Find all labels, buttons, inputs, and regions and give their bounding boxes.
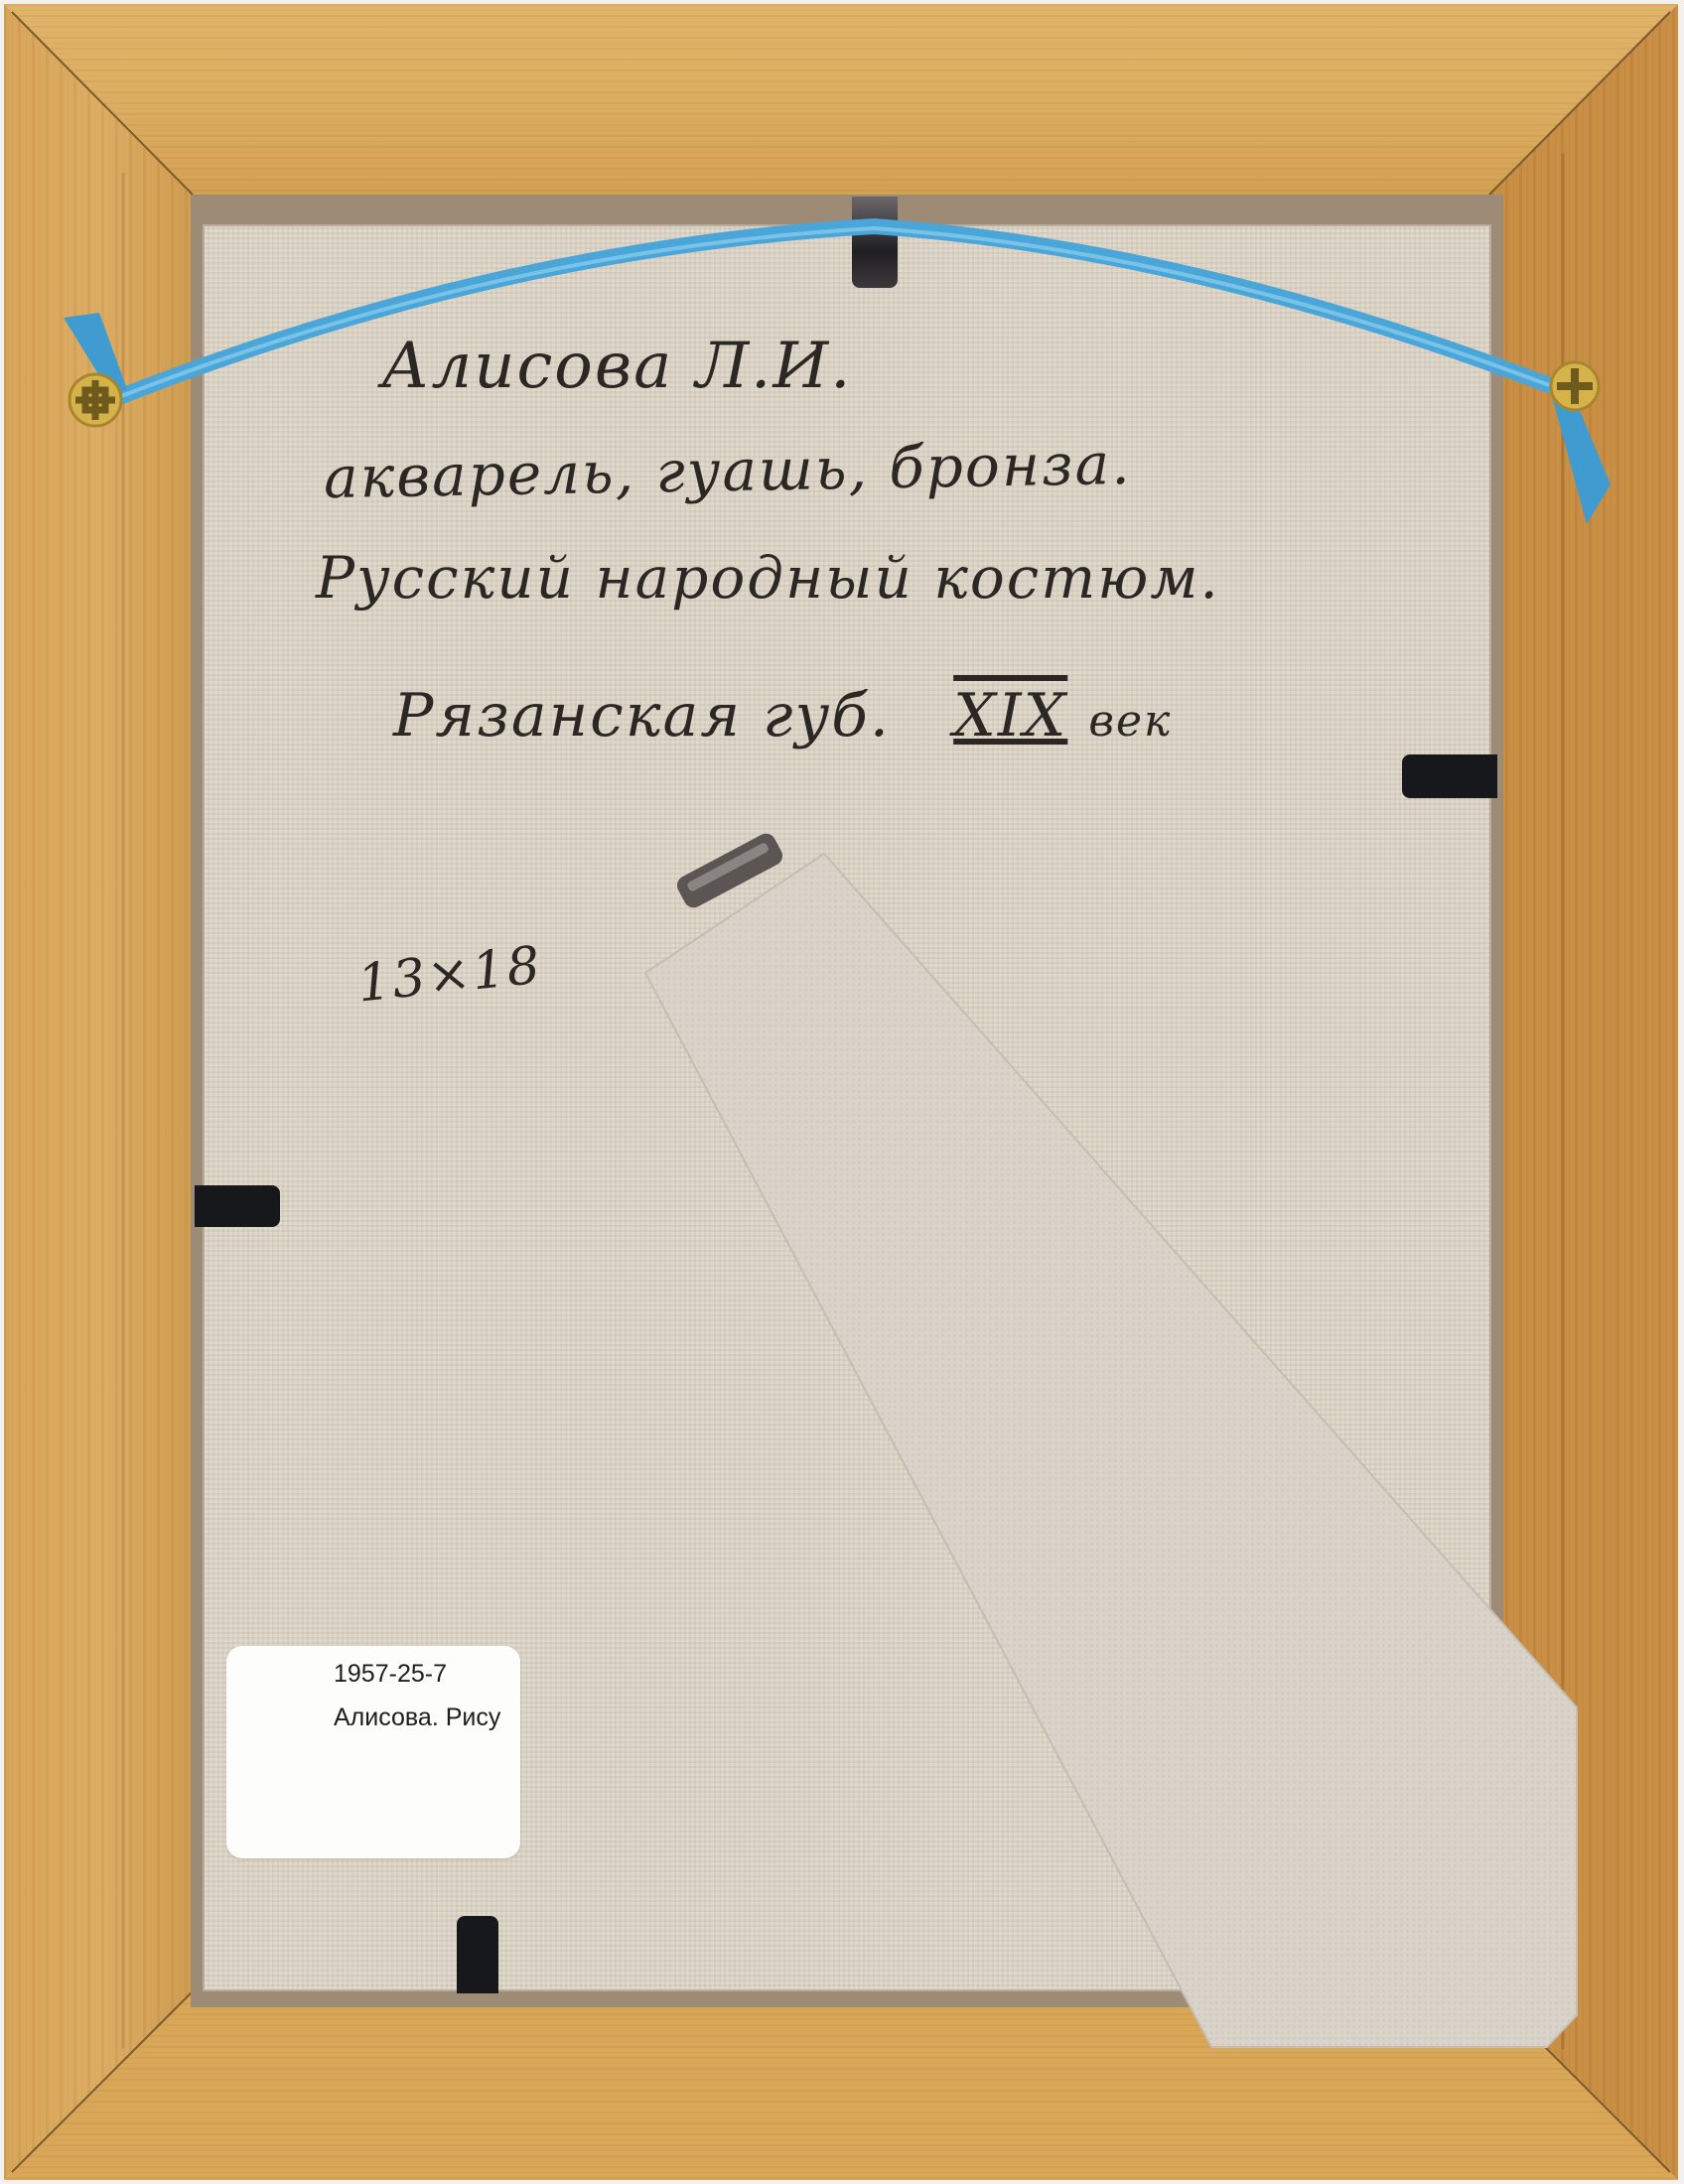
label-text: Алисова. Рису	[334, 1704, 500, 1732]
left-screw-icon	[70, 374, 121, 426]
museum-inventory-label: 1957-25-7 Алисова. Рису	[226, 1646, 520, 1858]
right-screw-icon	[1551, 362, 1599, 410]
label-inventory-number: 1957-25-7	[334, 1660, 447, 1689]
